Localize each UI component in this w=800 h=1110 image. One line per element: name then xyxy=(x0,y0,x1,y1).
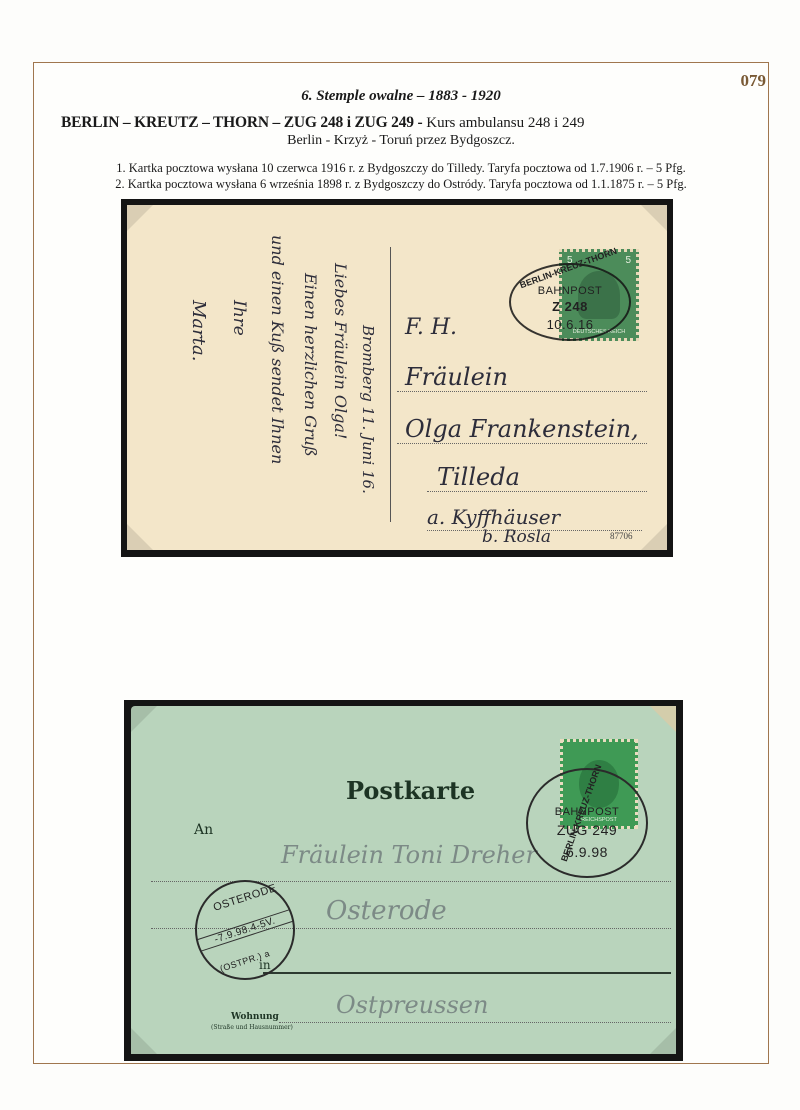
message-line: Marta. xyxy=(188,300,209,361)
postcard-2-mount: Postkarte An Fräulein Toni Dreher Ostero… xyxy=(124,700,683,1061)
heading-rest: Kurs ambulansu 248 i 249 xyxy=(422,115,584,131)
note-2: 2. Kartka pocztowa wysłana 6 września 18… xyxy=(34,176,768,192)
note-1: 1. Kartka pocztowa wysłana 10 czerwca 19… xyxy=(34,160,768,176)
heading-bold: BERLIN – KREUTZ – THORN – ZUG 248 i ZUG … xyxy=(61,114,422,131)
photo-corner xyxy=(127,524,153,550)
railway-cancel-postmark: BERLIN-KREUZ-THORN BAHNPOST ZUG 249 6.9.… xyxy=(526,768,648,878)
card-notes: 1. Kartka pocztowa wysłana 10 czerwca 19… xyxy=(34,160,768,192)
photo-corner xyxy=(641,524,667,550)
page-heading: BERLIN – KREUTZ – THORN – ZUG 248 i ZUG … xyxy=(61,114,585,132)
cancel-date: 10.6.16 xyxy=(511,317,629,332)
photo-corner xyxy=(650,706,676,732)
address-line: a. Kyffhäuser xyxy=(427,505,560,529)
postcard-1-mount: Bromberg 11. Juni 16. Liebes Fräulein Ol… xyxy=(121,199,673,557)
card-divider xyxy=(390,247,391,522)
address-rule xyxy=(427,491,647,492)
photo-corner xyxy=(131,1028,157,1054)
card-number: 87706 xyxy=(610,531,633,541)
railway-cancel-postmark: BERLIN-KREUZ-THORN BAHNPOST Z 248 10.6.1… xyxy=(509,263,631,341)
to-label: An xyxy=(194,822,213,838)
message-line: und einen Kuß sendet Ihnen xyxy=(268,235,287,464)
postcard-1: Bromberg 11. Juni 16. Liebes Fräulein Ol… xyxy=(127,205,667,550)
section-title: 6. Stemple owalne – 1883 - 1920 xyxy=(34,88,768,105)
cancel-line: BAHNPOST xyxy=(511,285,629,297)
cancel-date: 6.9.98 xyxy=(528,844,646,860)
arrival-postmark: OSTERODE -7.9.98.4-5V. (OSTPR.) a xyxy=(195,880,295,980)
address-line: Fräulein xyxy=(405,363,508,391)
address-line: F. H. xyxy=(405,315,457,340)
photo-corner xyxy=(641,205,667,231)
message-line: Bromberg 11. Juni 16. xyxy=(359,325,377,494)
photo-corner xyxy=(650,1028,676,1054)
address-line: Osterode xyxy=(326,896,447,926)
postcard-2: Postkarte An Fräulein Toni Dreher Ostero… xyxy=(131,706,676,1054)
address-line: b. Rosla xyxy=(482,527,551,547)
cancel-line: Z 248 xyxy=(511,299,629,314)
address-rule-solid xyxy=(263,972,671,974)
cancel-line: BAHNPOST xyxy=(528,806,646,818)
message-line: Liebes Fräulein Olga! xyxy=(331,263,350,439)
address-rule xyxy=(397,391,647,392)
address-line: Tilleda xyxy=(437,463,520,491)
address-rule xyxy=(279,1022,671,1023)
address-line: Fräulein Toni Dreher xyxy=(281,841,537,869)
cancel-line: ZUG 249 xyxy=(528,822,646,838)
photo-corner xyxy=(127,205,153,231)
route-description: Berlin - Krzyż - Toruń przez Bydgoszcz. xyxy=(34,133,768,149)
message-line: Einen herzlichen Gruß xyxy=(301,273,320,457)
residence-label: Wohnung xyxy=(231,1012,279,1022)
residence-sublabel: (Straße und Hausnummer) xyxy=(211,1024,293,1031)
postkarte-heading: Postkarte xyxy=(346,776,475,805)
stamp-value: 5 xyxy=(625,255,631,266)
message-line: Ihre xyxy=(229,300,249,336)
address-line: Olga Frankenstein, xyxy=(405,415,639,443)
address-line: Ostpreussen xyxy=(336,991,488,1019)
address-rule xyxy=(397,443,647,444)
photo-corner xyxy=(131,706,157,732)
